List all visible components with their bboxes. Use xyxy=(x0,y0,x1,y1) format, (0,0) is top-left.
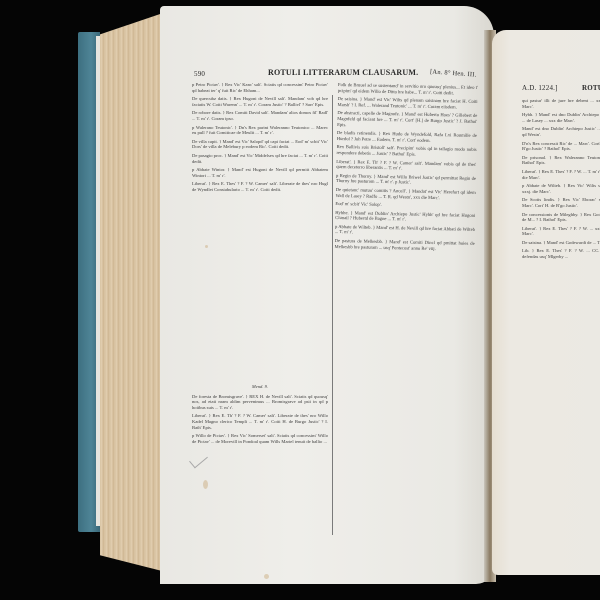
entry: De prisonal. } Rex Waleranno Teutonico .… xyxy=(522,155,600,166)
right-running-title: ROTULI xyxy=(582,84,600,92)
entry: Liberat'. } Rex E. Th' ? F. ? W. Camer' … xyxy=(192,413,328,430)
entry: Liberat'. } Rex E. Th' ? F. ? W. Camer' … xyxy=(336,159,476,173)
entry: p Willo de Pictav'. } Rex Vic' Somerset'… xyxy=(192,433,328,444)
entry: p Walerano Teutonic'. } Dn's Rex parint … xyxy=(192,125,328,136)
left-column-a-cont: Mend. 9. De foresta de Bromisgrave'. } R… xyxy=(192,380,328,520)
entry: Liberat'. } Rex E. Thes' ? F. ? W. ... T… xyxy=(522,169,600,180)
left-column-b: Folk de Bruuel ad se sustentand' in serv… xyxy=(329,82,478,535)
entry: Rex Ballivis suis Bristoll' salt'. Preci… xyxy=(336,144,476,158)
entry: De pastura de Melkesbb. } Mand' est Comi… xyxy=(334,238,474,252)
entry: De Scotis lindis. } Rex Vic' Eborac' sal… xyxy=(522,197,600,208)
entry: p Abbate de Wilteb. } Rex Vic' Wilts sal… xyxy=(522,183,600,194)
page-number: 590 xyxy=(194,70,205,78)
entry: Liberat'. } Rex E. Thes' ? F. ? W. ... x… xyxy=(522,226,600,237)
entry: Hybh. } Mand' est dno Dublin' Archiepo J… xyxy=(522,112,600,123)
entry: p Abbate de Wilteb. } Mand' est H. de Ne… xyxy=(335,224,475,238)
entry: De abstracti, capelle de Magnofe. } Mand… xyxy=(337,110,477,130)
page-edges xyxy=(100,12,166,572)
entry: De quietanc' mutuo' comitis ? Ancell'. }… xyxy=(336,187,476,201)
entry: Liberat'. } Rex E. Thes' ? F. ? W. Camer… xyxy=(192,181,328,192)
entry: De concessionis de Mileghby. } Rex Godew… xyxy=(522,212,600,223)
left-column-a: p Petro Pictav'. } Rex Vic' Kanc' salt'.… xyxy=(192,82,328,412)
foxing-stain xyxy=(203,480,208,489)
foxing-stain xyxy=(205,245,208,248)
entry: De robore datis. } Rex Comiti David salt… xyxy=(192,110,328,121)
entry: p Abbate Wintor. } Mand' est Hugoni de N… xyxy=(192,167,328,178)
entry: De foresta de Bromisgrave'. } REX H. de … xyxy=(192,394,328,411)
entry: p Regin de Thorny. } Mand' est Willo Bri… xyxy=(336,173,476,187)
entry: De saisina. } Mand' est Vic' Wilts qd pl… xyxy=(337,96,477,110)
right-year-label: A.D. 1224.] xyxy=(522,84,558,92)
foxing-stain xyxy=(264,574,269,579)
entry: Folk de Bruuel ad se sustentand' in serv… xyxy=(338,82,478,96)
entry: Eod' m' scbit' Vic' Salop'. xyxy=(335,201,475,210)
entry: De villa capit. } Mand' est Vic' Salopd'… xyxy=(192,139,328,150)
entry: p Petro Pictav'. } Rex Vic' Kanc' salt'.… xyxy=(192,82,328,93)
running-title: ROTULI LITTERARUM CLAUSARUM. xyxy=(268,68,418,77)
entry: Mand' est dno Dublin' Archiepo Justic' .… xyxy=(522,126,600,137)
right-column: qui pastur' illi de jure hre debent ... … xyxy=(522,98,600,508)
section-heading: Mend. 9. xyxy=(192,384,328,390)
entry: qui pastur' illi de jure hre debent ... … xyxy=(522,98,600,109)
entry: De pasagio proc. } Mand' est Vic' Middel… xyxy=(192,153,328,164)
entry: De quercubz datis. } Rex Hugoni de Nevil… xyxy=(192,96,328,107)
entry: De saisina. } Mand' est Godewardi de ...… xyxy=(522,240,600,246)
entry: Lib. } Rex E. Thes' ? F. ? W. ... CC. li… xyxy=(522,248,600,259)
entry: D'n's Rex concessit Ric' de ... Marc'. C… xyxy=(522,141,600,152)
entry: De bladis retinendis. } Rex Hudo de Wynd… xyxy=(337,130,477,144)
entry: Hybhe. } Mand' est Dublin' Archiepo Just… xyxy=(335,210,475,224)
